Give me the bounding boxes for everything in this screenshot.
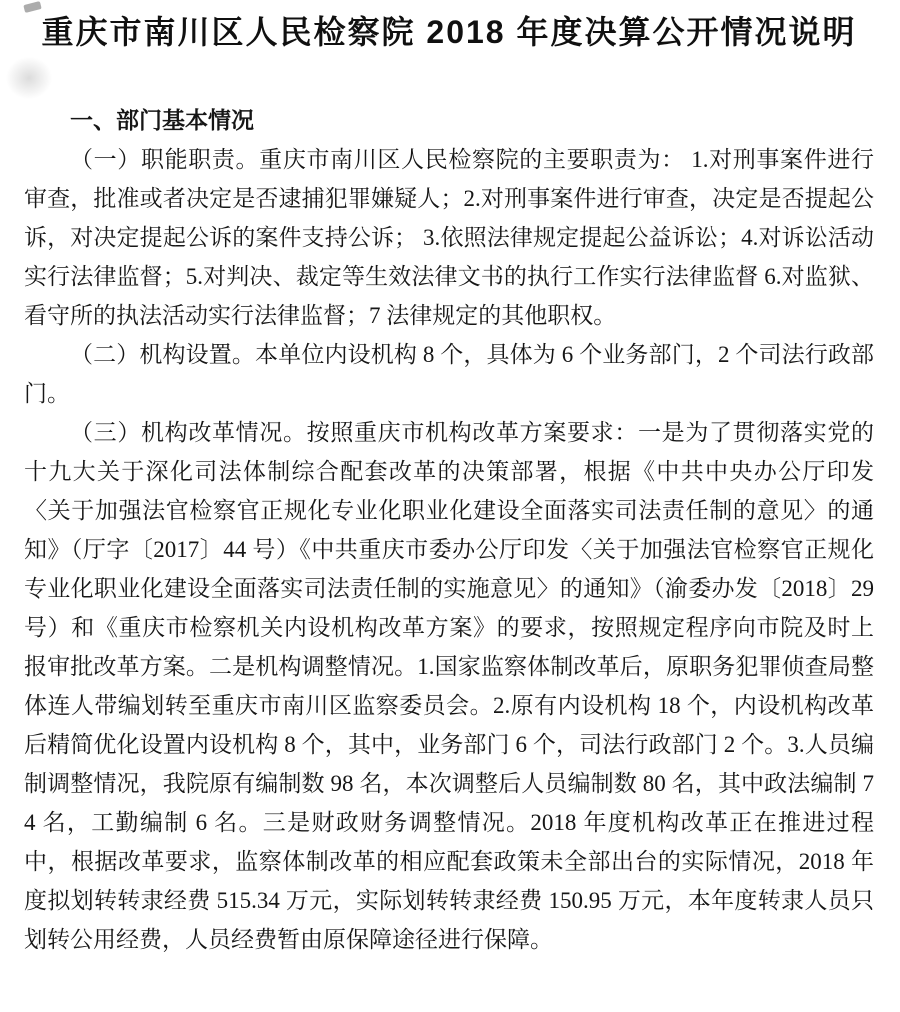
document-body: 一、部门基本情况 （一）职能职责。重庆市南川区人民检察院的主要职责为： 1.对刑…	[0, 101, 900, 959]
paragraph-institutional-reform: （三）机构改革情况。按照重庆市机构改革方案要求：一是为了贯彻落实党的十九大关于深…	[24, 413, 874, 959]
document-title: 重庆市南川区人民检察院 2018 年度决算公开情况说明	[24, 12, 874, 52]
paragraph-duties-and-responsibilities: （一）职能职责。重庆市南川区人民检察院的主要职责为： 1.对刑事案件进行审查，批…	[24, 140, 874, 335]
section-heading-department-basic-info: 一、部门基本情况	[24, 101, 874, 140]
scan-artifact-smudge	[5, 56, 53, 100]
paragraph-internal-structure: （二）机构设置。本单位内设机构 8 个，具体为 6 个业务部门，2 个司法行政部…	[24, 335, 874, 413]
document-page: 重庆市南川区人民检察院 2018 年度决算公开情况说明 一、部门基本情况 （一）…	[0, 0, 900, 1012]
